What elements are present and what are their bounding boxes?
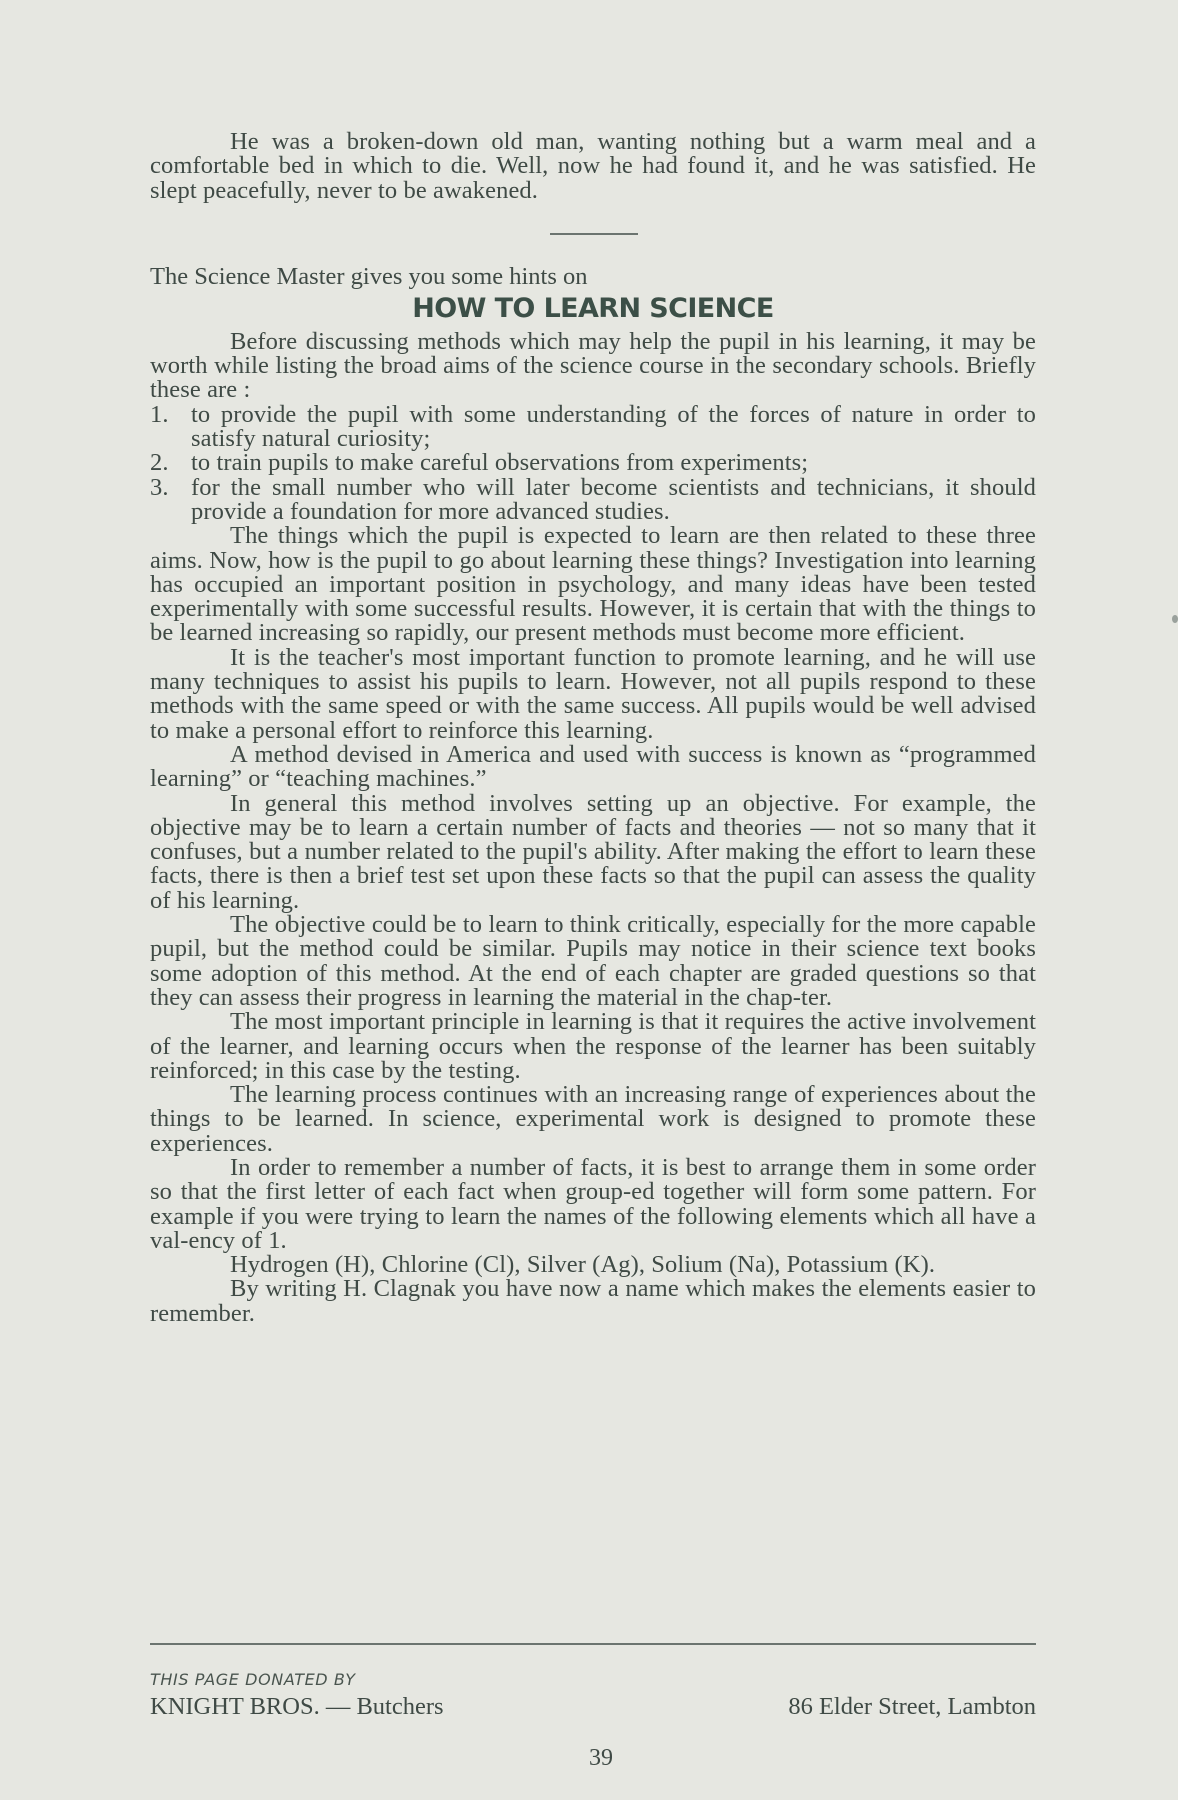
aim-text: for the small number who will later beco… (191, 474, 1036, 525)
article-paragraph: The most important principle in learning… (150, 1010, 1036, 1083)
sponsor-line: KNIGHT BROS. — Butchers 86 Elder Street,… (150, 1693, 1036, 1721)
aim-item: 3. for the small number who will later b… (150, 476, 1036, 525)
article-intro: The Science Master gives you some hints … (150, 265, 1036, 289)
section-divider (550, 233, 638, 235)
sponsor-name: KNIGHT BROS. — Butchers (150, 1693, 444, 1721)
article-body: Before discussing methods which may help… (150, 330, 1036, 1326)
aim-text: to provide the pupil with some understan… (191, 401, 1036, 452)
aim-number: 2. (150, 451, 169, 475)
footer-rule (150, 1643, 1036, 1645)
article-opening: Before discussing methods which may help… (150, 330, 1036, 403)
article-paragraph: By writing H. Clagnak you have now a nam… (150, 1277, 1036, 1326)
paper-speck (1172, 615, 1178, 623)
article-paragraph: The things which the pupil is expected t… (150, 524, 1036, 645)
donated-label: THIS PAGE DONATED BY (150, 1670, 1036, 1689)
aim-item: 1. to provide the pupil with some unders… (150, 403, 1036, 452)
element-list-paragraph: Hydrogen (H), Chlorine (Cl), Silver (Ag)… (150, 1253, 1036, 1277)
page-body: He was a broken-down old man, wanting no… (150, 130, 1036, 1326)
story-ending-paragraph: He was a broken-down old man, wanting no… (150, 130, 1036, 203)
article-paragraph: It is the teacher's most important funct… (150, 646, 1036, 743)
article-paragraph: The learning process continues with an i… (150, 1083, 1036, 1156)
article-paragraph: In order to remember a number of facts, … (150, 1156, 1036, 1253)
sponsor-address: 86 Elder Street, Lambton (788, 1693, 1036, 1721)
aim-item: 2. to train pupils to make careful obser… (150, 451, 1036, 475)
article-paragraph: In general this method involves setting … (150, 792, 1036, 913)
aim-number: 3. (150, 476, 169, 500)
article-paragraph: A method devised in America and used wit… (150, 743, 1036, 792)
aims-list: 1. to provide the pupil with some unders… (150, 403, 1036, 524)
aim-number: 1. (150, 403, 169, 427)
article-paragraph: The objective could be to learn to think… (150, 913, 1036, 1010)
aim-text: to train pupils to make careful observat… (191, 449, 808, 476)
article-title: HOW TO LEARN SCIENCE (150, 293, 1036, 324)
page-footer: THIS PAGE DONATED BY KNIGHT BROS. — Butc… (150, 1643, 1036, 1772)
page-number: 39 (158, 1745, 1044, 1772)
